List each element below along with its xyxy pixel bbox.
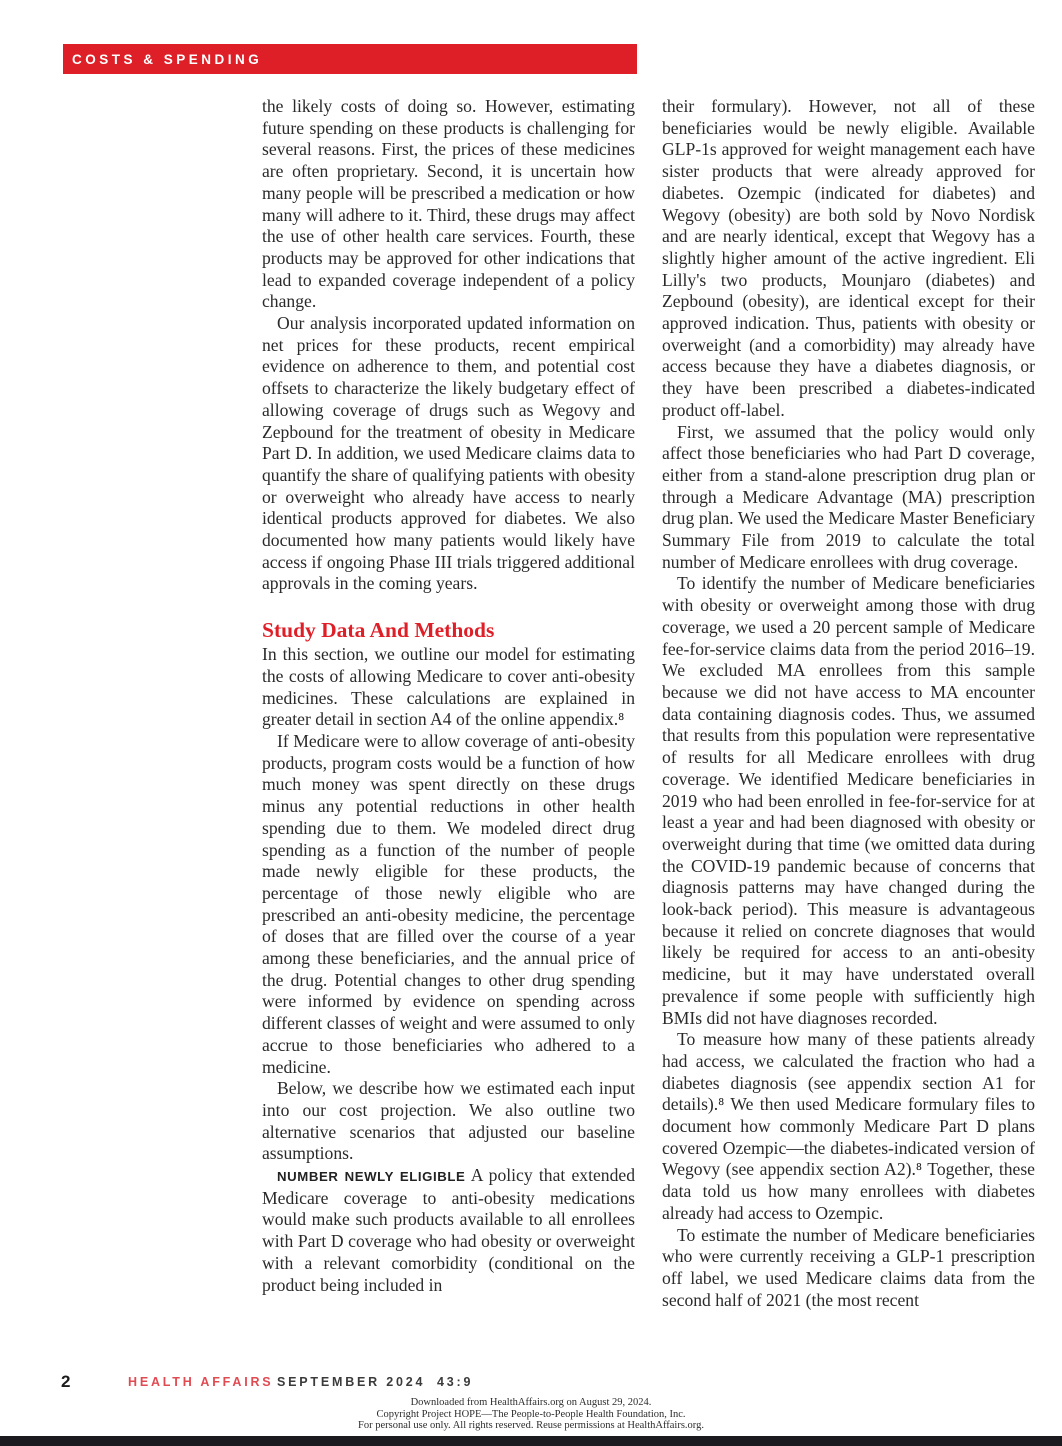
- paragraph: the likely costs of doing so. However, e…: [262, 96, 635, 313]
- paragraph: To measure how many of these patients al…: [662, 1029, 1035, 1224]
- bottom-bar: [0, 1436, 1062, 1446]
- paragraph: NUMBER NEWLY ELIGIBLE A policy that exte…: [262, 1165, 635, 1296]
- column-right: their formulary). However, not all of th…: [662, 96, 1035, 1311]
- issue-date: SEPTEMBER 2024: [277, 1375, 425, 1389]
- download-notice: Downloaded from HealthAffairs.org on Aug…: [0, 1397, 1062, 1432]
- paragraph: In this section, we outline our model fo…: [262, 644, 635, 731]
- paragraph: Our analysis incorporated updated inform…: [262, 313, 635, 595]
- paragraph: First, we assumed that the policy would …: [662, 422, 1035, 574]
- section-heading: Study Data And Methods: [262, 617, 635, 643]
- download-notice-line: Downloaded from HealthAffairs.org on Aug…: [0, 1397, 1062, 1409]
- download-notice-line: For personal use only. All rights reserv…: [0, 1420, 1062, 1432]
- paragraph: To estimate the number of Medicare benef…: [662, 1225, 1035, 1312]
- run-in-heading: NUMBER NEWLY ELIGIBLE: [277, 1169, 465, 1184]
- paragraph: If Medicare were to allow coverage of an…: [262, 731, 635, 1078]
- column-left: the likely costs of doing so. However, e…: [262, 96, 635, 1311]
- paragraph: To identify the number of Medicare benef…: [662, 573, 1035, 1029]
- page-number: 2: [61, 1372, 70, 1392]
- section-kicker-label: COSTS & SPENDING: [72, 52, 262, 67]
- paragraph: Below, we describe how we estimated each…: [262, 1078, 635, 1165]
- journal-name: HEALTH AFFAIRS: [128, 1375, 273, 1389]
- paragraph-text: A policy that extended Medicare coverage…: [262, 1165, 635, 1295]
- download-notice-line: Copyright Project HOPE—The People-to-Peo…: [0, 1409, 1062, 1421]
- journal-page: COSTS & SPENDING the likely costs of doi…: [0, 0, 1062, 1446]
- section-kicker-bar: COSTS & SPENDING: [63, 44, 637, 74]
- paragraph: their formulary). However, not all of th…: [662, 96, 1035, 422]
- page-footer: 2 HEALTH AFFAIRS SEPTEMBER 2024 43:9: [0, 1372, 1062, 1394]
- article-body: the likely costs of doing so. However, e…: [262, 96, 1038, 1311]
- volume-issue: 43:9: [437, 1375, 473, 1389]
